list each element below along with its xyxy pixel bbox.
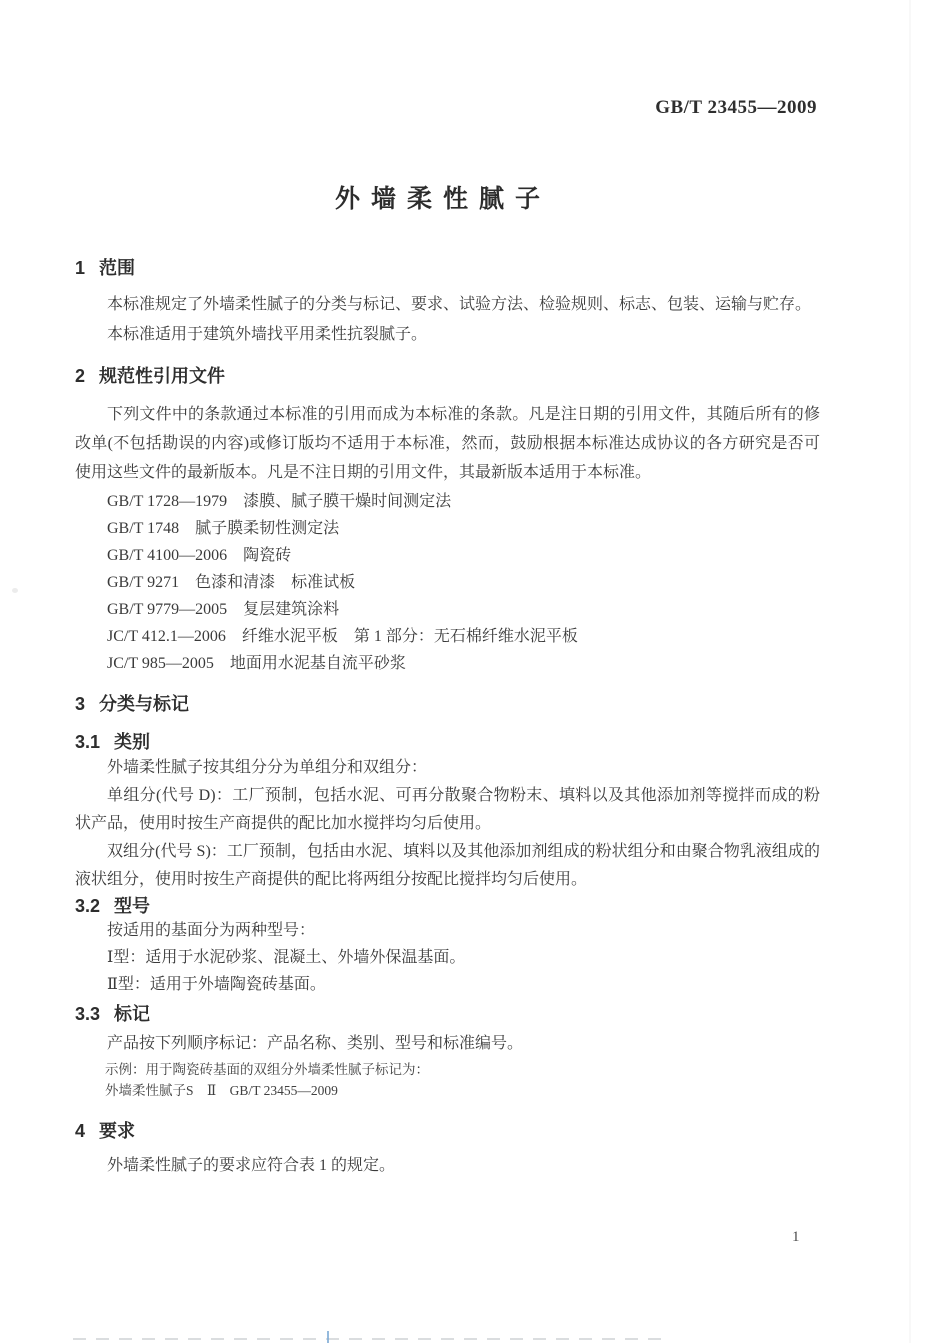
- section-2-heading: 2规范性引用文件: [75, 365, 225, 387]
- scan-edge-line: [909, 0, 911, 1343]
- section-2-number: 2: [75, 366, 85, 386]
- paragraph: 按适用的基面分为两种型号：: [75, 917, 820, 944]
- example-value: 外墙柔性腻子S Ⅱ GB/T 23455—2009: [75, 1080, 820, 1101]
- paragraph: 本标准适用于建筑外墙找平用柔性抗裂腻子。: [75, 320, 820, 350]
- scan-bottom-dashed-line: [73, 1338, 667, 1340]
- section-3-1-heading: 3.1类别: [75, 731, 150, 753]
- section-3-title: 分类与标记: [99, 694, 189, 714]
- reference-item: GB/T 1748 腻子膜柔韧性测定法: [75, 515, 820, 542]
- page-number: 1: [792, 1229, 800, 1246]
- section-3-1-body: 外墙柔性腻子按其组分分为单组分和双组分： 单组分(代号 D)：工厂预制，包括水泥…: [75, 754, 820, 894]
- section-1-heading: 1范围: [75, 257, 135, 279]
- document-page: GB/T 23455—2009 外墙柔性腻子 1范围 本标准规定了外墙柔性腻子的…: [0, 0, 950, 1343]
- section-4-heading: 4要求: [75, 1120, 135, 1142]
- paragraph: 产品按下列顺序标记：产品名称、类别、型号和标准编号。: [75, 1030, 820, 1058]
- section-3-number: 3: [75, 694, 85, 714]
- paragraph: 单组分(代号 D)：工厂预制，包括水泥、可再分散聚合物粉末、填料以及其他添加剂等…: [75, 782, 820, 838]
- section-3-3-number: 3.3: [75, 1004, 100, 1024]
- reference-item: JC/T 985—2005 地面用水泥基自流平砂浆: [75, 650, 820, 677]
- section-3-3-title: 标记: [114, 1004, 150, 1024]
- standard-number: GB/T 23455—2009: [655, 97, 817, 119]
- paragraph: 双组分(代号 S)：工厂预制，包括由水泥、填料以及其他添加剂组成的粉状组分和由聚…: [75, 838, 820, 894]
- section-3-2-title: 型号: [114, 896, 150, 916]
- section-3-2-number: 3.2: [75, 896, 100, 916]
- section-3-heading: 3分类与标记: [75, 693, 189, 715]
- section-1-body: 本标准规定了外墙柔性腻子的分类与标记、要求、试验方法、检验规则、标志、包装、运输…: [75, 290, 820, 350]
- paragraph: 外墙柔性腻子按其组分分为单组分和双组分：: [75, 754, 820, 782]
- reference-item: GB/T 9271 色漆和清漆 标准试板: [75, 569, 820, 596]
- normative-references-list: GB/T 1728—1979 漆膜、腻子膜干燥时间测定法 GB/T 1748 腻…: [75, 488, 820, 677]
- section-3-3-body: 产品按下列顺序标记：产品名称、类别、型号和标准编号。: [75, 1030, 820, 1058]
- scan-smudge: [12, 588, 18, 593]
- section-3-3-heading: 3.3标记: [75, 1003, 150, 1025]
- paragraph: 本标准规定了外墙柔性腻子的分类与标记、要求、试验方法、检验规则、标志、包装、运输…: [75, 290, 820, 320]
- marking-example: 示例：用于陶瓷砖基面的双组分外墙柔性腻子标记为： 外墙柔性腻子S Ⅱ GB/T …: [75, 1059, 820, 1101]
- reference-item: JC/T 412.1—2006 纤维水泥平板 第 1 部分：无石棉纤维水泥平板: [75, 623, 820, 650]
- section-2-title: 规范性引用文件: [99, 366, 225, 386]
- section-3-2-heading: 3.2型号: [75, 895, 150, 917]
- paragraph: Ⅰ型：适用于水泥砂浆、混凝土、外墙外保温基面。: [75, 944, 820, 971]
- section-4-number: 4: [75, 1121, 85, 1141]
- paragraph: 下列文件中的条款通过本标准的引用而成为本标准的条款。凡是注日期的引用文件，其随后…: [75, 400, 820, 487]
- reference-item: GB/T 9779—2005 复层建筑涂料: [75, 596, 820, 623]
- section-1-title: 范围: [99, 258, 135, 278]
- section-3-2-body: 按适用的基面分为两种型号： Ⅰ型：适用于水泥砂浆、混凝土、外墙外保温基面。 Ⅱ型…: [75, 917, 820, 998]
- section-4-body: 外墙柔性腻子的要求应符合表 1 的规定。: [75, 1152, 820, 1180]
- section-4-title: 要求: [99, 1121, 135, 1141]
- document-title: 外墙柔性腻子: [335, 179, 551, 215]
- section-3-1-number: 3.1: [75, 732, 100, 752]
- example-label: 示例：用于陶瓷砖基面的双组分外墙柔性腻子标记为：: [75, 1059, 820, 1080]
- reference-item: GB/T 4100—2006 陶瓷砖: [75, 542, 820, 569]
- scan-bottom-blue-tick: [327, 1331, 329, 1343]
- section-1-number: 1: [75, 258, 85, 278]
- section-2-intro: 下列文件中的条款通过本标准的引用而成为本标准的条款。凡是注日期的引用文件，其随后…: [75, 400, 820, 487]
- paragraph: 外墙柔性腻子的要求应符合表 1 的规定。: [75, 1152, 820, 1180]
- paragraph: Ⅱ型：适用于外墙陶瓷砖基面。: [75, 971, 820, 998]
- reference-item: GB/T 1728—1979 漆膜、腻子膜干燥时间测定法: [75, 488, 820, 515]
- section-3-1-title: 类别: [114, 732, 150, 752]
